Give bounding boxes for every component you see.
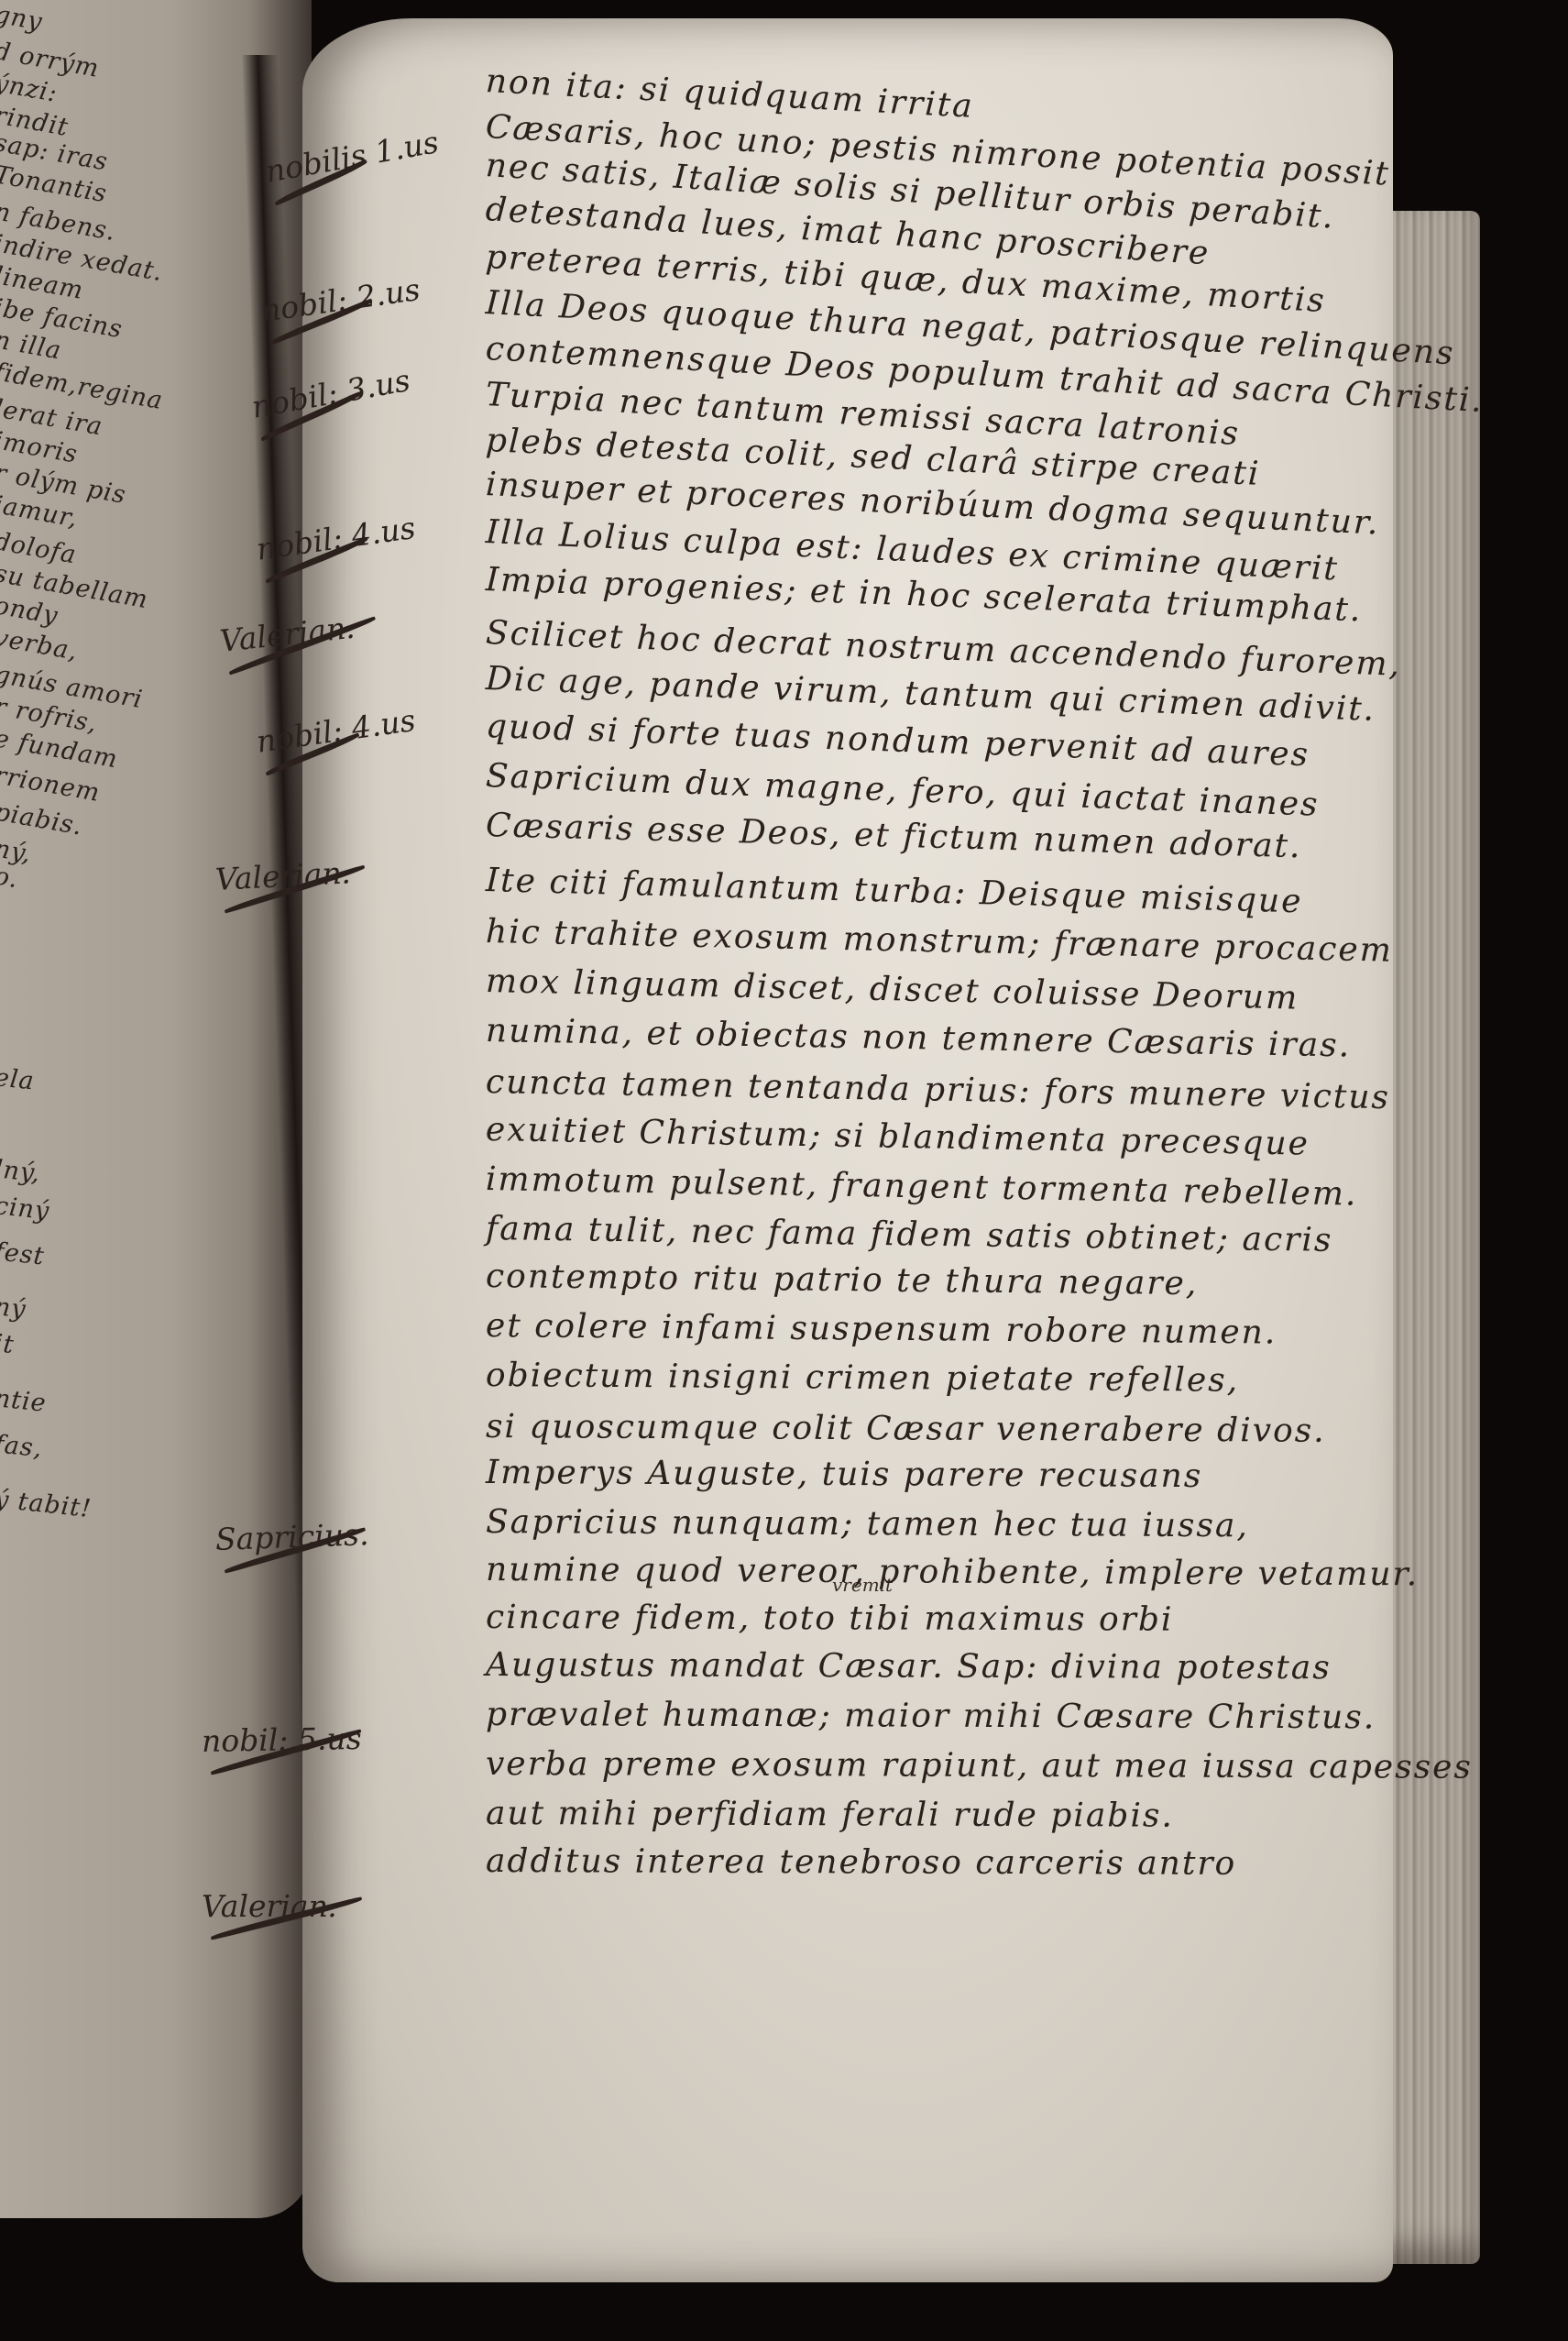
left-page-line: ntie bbox=[0, 1384, 48, 1418]
manuscript-line: hic trahite exosum monstrum; frænare pro… bbox=[486, 913, 1394, 970]
manuscript-line: additus interea tenebroso carceris antro bbox=[486, 1842, 1236, 1883]
left-page-line: it bbox=[0, 1329, 16, 1359]
left-page-line: ný bbox=[0, 1292, 27, 1324]
manuscript-line: cincare fidem, toto tibi maximus orbi bbox=[486, 1599, 1174, 1639]
left-page-line: ý tabit! bbox=[0, 1485, 93, 1523]
left-page-line: verba, bbox=[0, 623, 80, 666]
manuscript-line: fama tulit, nec fama fidem satis obtinet… bbox=[486, 1210, 1333, 1259]
manuscript-line: Augustus mandat Cæsar. Sap: divina potes… bbox=[486, 1646, 1332, 1687]
manuscript-line: cuncta tamen tentanda prius: fors munere… bbox=[486, 1063, 1391, 1116]
left-page-line: ela bbox=[0, 1063, 36, 1095]
manuscript-line: mox linguam discet, discet coluisse Deor… bbox=[486, 962, 1299, 1017]
manuscript-line: numine quod vereor, prohibente, implere … bbox=[486, 1551, 1419, 1593]
left-page-line: fest bbox=[0, 1237, 46, 1271]
manuscript-text-block: vremit non ita: si quidquam irritaCæsari… bbox=[302, 18, 1393, 2282]
manuscript-line: Imperys Auguste, tuis parere recusans bbox=[486, 1454, 1202, 1495]
manuscript-line: numina, et obiectas non temnere Cæsaris … bbox=[486, 1012, 1352, 1064]
left-page-text: gnyd orrýmýnzi:rinditsap: irasTonantisn … bbox=[0, 0, 275, 2200]
manuscript-line: Sapricius nunquam; tamen hec tua iussa, bbox=[486, 1503, 1249, 1544]
manuscript-line: aut mihi perfidiam ferali rude piabis. bbox=[486, 1795, 1174, 1835]
manuscript-line: si quoscumque colit Cæsar venerabere div… bbox=[486, 1408, 1326, 1450]
manuscript-line: contempto ritu patrio te thura negare, bbox=[486, 1258, 1199, 1302]
left-page-line: lný, bbox=[0, 1155, 42, 1188]
left-page-line: o. bbox=[0, 862, 21, 894]
manuscript-line: immotum pulsent, frangent tormenta rebel… bbox=[486, 1160, 1358, 1214]
main-manuscript-page: vremit non ita: si quidquam irritaCæsari… bbox=[302, 18, 1393, 2282]
manuscript-photo: gnyd orrýmýnzi:rinditsap: irasTonantisn … bbox=[0, 0, 1568, 2341]
manuscript-line: et colere infami suspensum robore numen. bbox=[486, 1307, 1277, 1352]
left-page-line: fas, bbox=[0, 1430, 44, 1463]
manuscript-line: Ite citi famulantum turba: Deisque misis… bbox=[485, 862, 1303, 920]
left-page-line: ciný bbox=[0, 1192, 51, 1225]
left-page-line: piabis. bbox=[0, 797, 85, 841]
manuscript-line: exuitiet Christum; si blandimenta preces… bbox=[486, 1111, 1310, 1163]
manuscript-line: verba preme exosum rapiunt, aut mea iuss… bbox=[486, 1745, 1473, 1786]
manuscript-line: obiectum insigni crimen pietate refelles… bbox=[486, 1357, 1239, 1400]
manuscript-line: prævalet humanæ; maior mihi Cæsare Chris… bbox=[486, 1696, 1376, 1736]
left-page-line: gny bbox=[0, 0, 45, 37]
